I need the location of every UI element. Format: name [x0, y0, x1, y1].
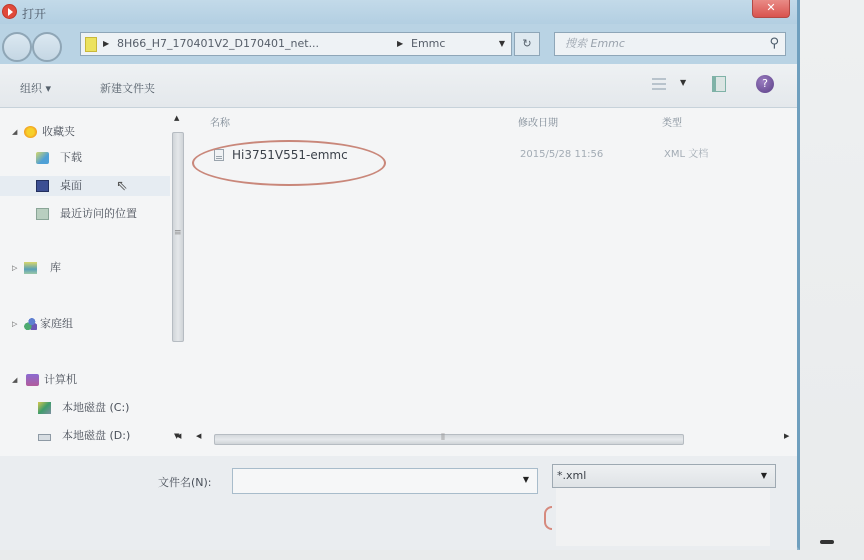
sidebar-item-label: 计算机	[44, 370, 77, 390]
breadcrumb-parent[interactable]: 8H66_H7_170401V2_D170401_net...	[117, 33, 319, 55]
search-icon[interactable]: ⚲	[769, 33, 779, 55]
computer-icon	[26, 374, 39, 386]
recent-places-icon	[36, 208, 49, 220]
breadcrumb-separator-icon[interactable]: ▶	[397, 33, 403, 55]
filename-label: 文件名(N):	[158, 474, 212, 490]
column-header-name[interactable]: 名称	[210, 114, 230, 129]
folder-icon	[85, 37, 97, 52]
breadcrumb-separator-icon[interactable]: ▶	[103, 33, 109, 55]
filename-combobox[interactable]: ▼	[232, 468, 538, 494]
mouse-cursor-icon: ⇖	[116, 176, 128, 196]
scroll-right-icon[interactable]: ▶	[784, 432, 789, 440]
sidebar-item-drive-d[interactable]: 本地磁盘 (D:)	[0, 426, 170, 446]
desktop-icon	[36, 180, 49, 192]
collapse-arrow-icon[interactable]: ◢	[12, 370, 17, 390]
expand-arrow-icon[interactable]: ▷	[12, 314, 17, 334]
library-icon	[24, 262, 37, 274]
annotation-circle	[192, 140, 386, 186]
scroll-left-icon[interactable]: ◀	[196, 432, 201, 440]
sidebar-item-label: 本地磁盘 (C:)	[62, 398, 129, 418]
search-placeholder: 搜索 Emmc	[565, 37, 625, 50]
change-view-icon[interactable]	[652, 78, 666, 90]
scroll-left-icon[interactable]: ◀	[176, 432, 181, 440]
app-icon	[2, 4, 17, 19]
help-icon[interactable]: ?	[756, 75, 774, 93]
close-button[interactable]: ✕	[752, 0, 790, 18]
page-smudge	[820, 540, 834, 544]
file-type: XML 文档	[664, 144, 708, 166]
sidebar-item-desktop[interactable]: 桌面 ⇖	[0, 176, 170, 196]
obscured-buttons-area	[556, 488, 770, 546]
filename-dropdown-icon[interactable]: ▼	[523, 475, 529, 484]
filter-dropdown-icon[interactable]: ▼	[761, 465, 767, 487]
sidebar-item-homegroup[interactable]: ▷ 家庭组	[0, 314, 170, 334]
search-input[interactable]: 搜索 Emmc ⚲	[554, 32, 786, 56]
new-folder-button[interactable]: 新建文件夹	[100, 80, 155, 96]
title-bar: 打开 ✕	[0, 0, 797, 24]
back-button[interactable]	[2, 32, 32, 62]
file-type-filter[interactable]: *.xml ▼	[552, 464, 776, 488]
sidebar-item-label: 本地磁盘 (D:)	[62, 426, 130, 446]
sidebar-item-label: 桌面	[60, 176, 82, 196]
breadcrumb-current[interactable]: Emmc	[411, 33, 445, 55]
window-title: 打开	[22, 5, 46, 22]
dialog-footer: 文件名(N): ▼ *.xml ▼	[0, 456, 797, 550]
sidebar-item-downloads[interactable]: 下载	[0, 148, 170, 168]
file-type-filter-value: *.xml	[557, 469, 586, 482]
refresh-button[interactable]: ↻	[514, 32, 540, 56]
navigation-bar: ▶ 8H66_H7_170401V2_D170401_net... ▶ Emmc…	[0, 24, 797, 64]
sidebar-item-label: 收藏夹	[42, 122, 75, 142]
star-icon	[24, 126, 37, 138]
sidebar-item-recent-places[interactable]: 最近访问的位置	[0, 204, 170, 224]
column-header-modified[interactable]: 修改日期	[518, 114, 558, 129]
annotation-mark	[544, 506, 552, 530]
file-modified: 2015/5/28 11:56	[520, 144, 603, 166]
view-dropdown-icon[interactable]: ▼	[680, 78, 686, 87]
sidebar-item-favorites[interactable]: ◢ 收藏夹	[0, 122, 170, 142]
sidebar-item-label: 库	[50, 258, 61, 278]
drive-c-icon	[38, 402, 51, 414]
page-photo: 打开 ✕ ▶ 8H66_H7_170401V2_D170401_net... ▶…	[0, 0, 864, 560]
content-area: ◢ 收藏夹 下载 桌面 ⇖ 最近访问的位置 ▷	[0, 108, 797, 456]
address-bar[interactable]: ▶ 8H66_H7_170401V2_D170401_net... ▶ Emmc…	[80, 32, 512, 56]
expand-arrow-icon[interactable]: ▷	[12, 258, 17, 278]
drive-d-icon	[38, 434, 51, 441]
file-list: 名称 修改日期 类型 Hi3751V551-emmc 2015/5/28 11:…	[190, 108, 794, 444]
sidebar-item-label: 最近访问的位置	[60, 204, 137, 224]
sidebar-scrollbar[interactable]: ▲ ▼	[170, 114, 186, 444]
sidebar-item-label: 下载	[60, 148, 82, 168]
navigation-pane: ◢ 收藏夹 下载 桌面 ⇖ 最近访问的位置 ▷	[0, 108, 186, 444]
address-dropdown-icon[interactable]: ▼	[499, 33, 505, 55]
sidebar-item-computer[interactable]: ◢ 计算机	[0, 370, 170, 390]
sidebar-item-drive-c[interactable]: 本地磁盘 (C:)	[0, 398, 170, 418]
file-list-horizontal-scrollbar[interactable]: ◀ ◀ ▶	[172, 430, 794, 446]
sidebar-item-label: 家庭组	[40, 314, 73, 334]
scrollbar-thumb[interactable]	[172, 132, 184, 342]
scrollbar-thumb[interactable]	[214, 434, 684, 445]
organize-button[interactable]: 组织 ▾	[20, 80, 51, 96]
open-file-dialog: 打开 ✕ ▶ 8H66_H7_170401V2_D170401_net... ▶…	[0, 0, 800, 550]
column-header-type[interactable]: 类型	[662, 114, 682, 129]
filename-input[interactable]	[233, 469, 513, 493]
download-icon	[36, 152, 49, 164]
sidebar-item-libraries[interactable]: ▷ 库	[0, 258, 170, 278]
scroll-up-icon[interactable]: ▲	[174, 114, 179, 122]
homegroup-icon	[24, 318, 37, 330]
forward-button[interactable]	[32, 32, 62, 62]
preview-pane-icon[interactable]	[712, 76, 726, 92]
command-bar: 组织 ▾ 新建文件夹 ▼ ?	[0, 64, 797, 108]
collapse-arrow-icon[interactable]: ◢	[12, 122, 17, 142]
